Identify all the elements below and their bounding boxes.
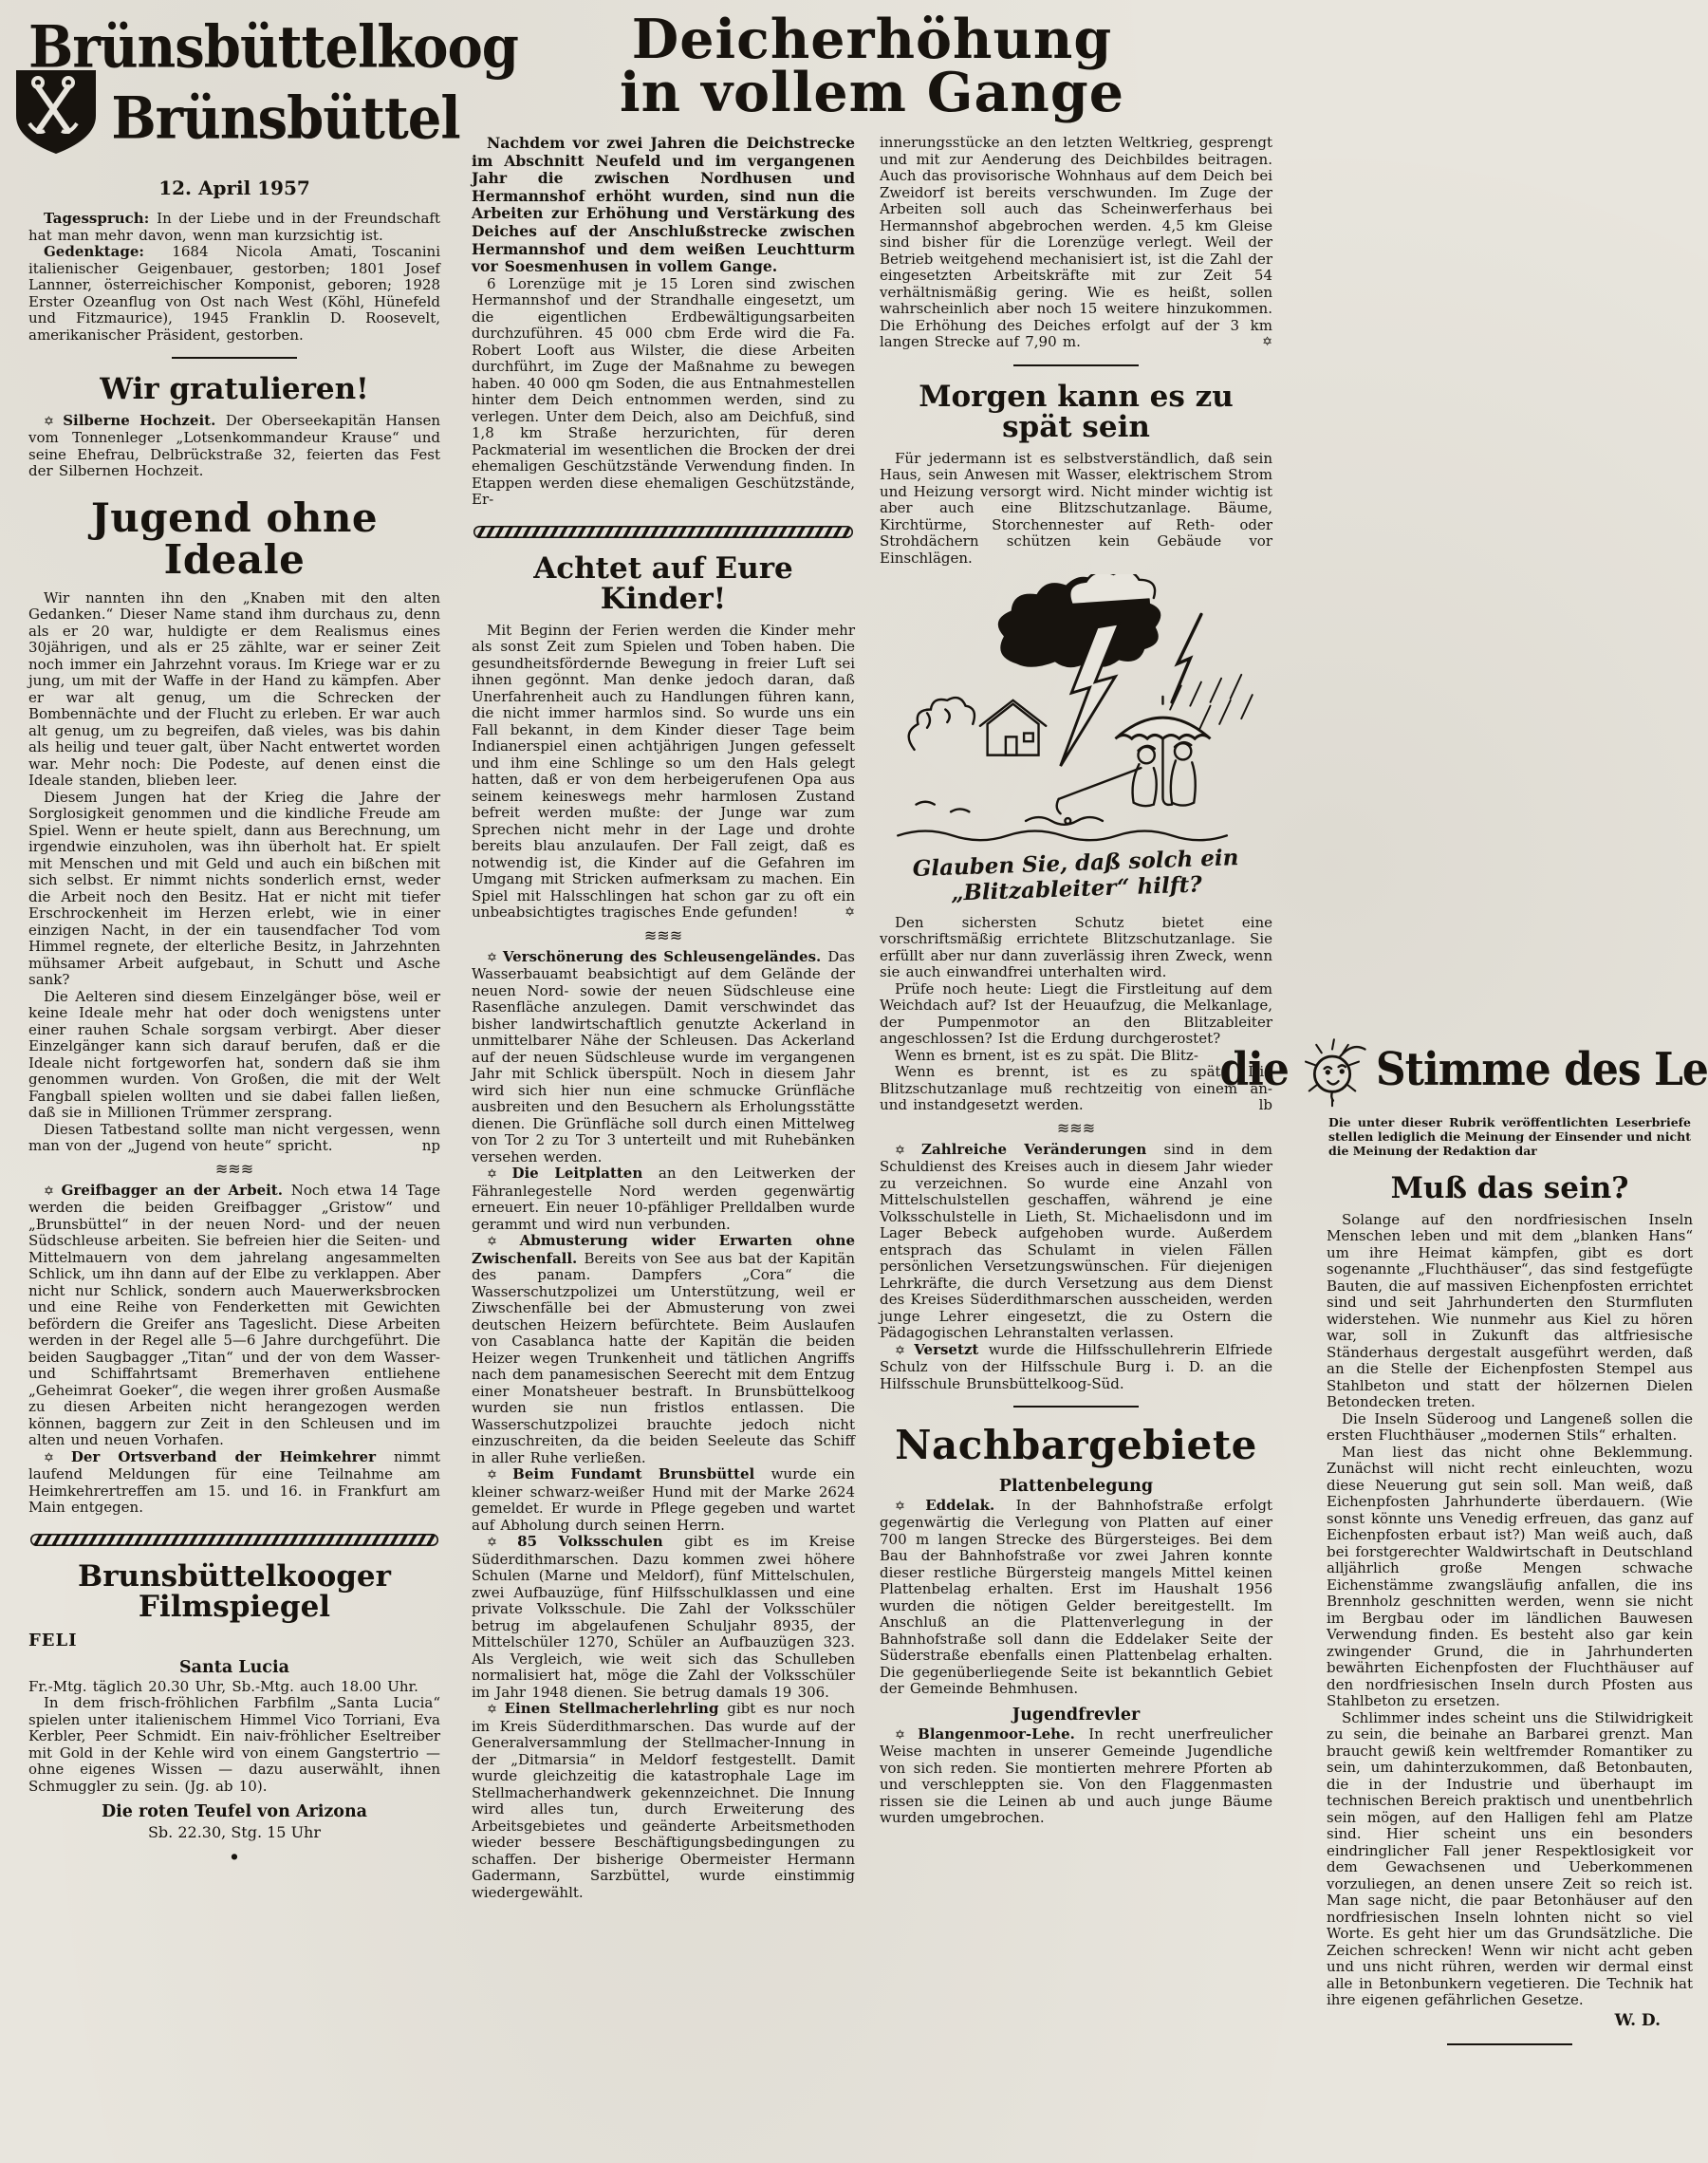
letters-title-part2: Stimme des Lesers <box>1376 1043 1708 1095</box>
paragraph: Diesem Jungen hat der Krieg die Jahre de… <box>28 790 440 989</box>
paragraph-lead: Verschönerung des Schleusengeländes. <box>503 948 827 965</box>
star-icon: ✡ <box>487 1235 520 1249</box>
star-icon: ✡ <box>895 1728 918 1743</box>
headline-line2: in vollem Gange <box>472 66 1272 120</box>
paragraph: Man liest das nicht ohne Beklemmung. Zun… <box>1327 1445 1693 1710</box>
paragraph-signature: Toscanini <box>357 244 440 261</box>
star-icon: ✡ <box>487 1703 505 1717</box>
star-icon: ✡ <box>487 1167 511 1182</box>
paragraph: Wir nannten ihn den „Knaben mit den alte… <box>28 590 440 790</box>
paragraph-lead: Greifbagger an der Arbeit. <box>62 1182 291 1199</box>
letters-disclaimer: Die unter dieser Rubrik veröffentlichten… <box>1328 1115 1691 1158</box>
star-icon: ✡ <box>44 1451 71 1465</box>
paragraph: ✡ Zahlreiche Veränderungen sind in dem S… <box>880 1142 1272 1342</box>
star-icon: ✡ <box>895 1144 921 1158</box>
star-icon: ✡ <box>895 1344 914 1358</box>
paragraph: ✡ Greifbagger an der Arbeit. Noch etwa 1… <box>28 1183 440 1449</box>
article-heading: Muß das sein? <box>1327 1173 1693 1204</box>
paragraph-signature: ✡ <box>1262 334 1272 351</box>
centered-line: • <box>28 1849 440 1868</box>
paragraph: ✡ Abmusterung wider Erwarten ohne Zwisch… <box>472 1233 855 1466</box>
paragraph: In dem frisch-fröhlichen Farbfilm „Santa… <box>28 1695 440 1795</box>
cinema-name: FELI <box>28 1631 440 1650</box>
letters-title-part1: die <box>1219 1043 1288 1095</box>
article-heading: Morgen kann es zu spät sein <box>880 382 1272 443</box>
centered-line: Santa Lucia <box>28 1658 440 1677</box>
rule-divider <box>1447 2043 1572 2045</box>
paragraph: ✡ Einen Stellmacherlehrling gibt es nur … <box>472 1701 855 1901</box>
masthead-title-row: Brünsbüttel <box>28 80 440 158</box>
main-headline: Deicherhöhung in vollem Gange <box>472 13 1272 120</box>
paragraph: ✡ Verschönerung des Schleusengeländes. D… <box>472 949 855 1166</box>
star-icon: ✡ <box>487 1468 512 1482</box>
paragraph-lead: 85 Volksschulen <box>517 1533 684 1550</box>
column-3: innerungsstücke an den letzten Weltkrieg… <box>880 135 1272 1827</box>
paragraph-lead: Silberne Hochzeit. <box>63 412 226 429</box>
article-heading: Wir gratulieren! <box>28 374 440 405</box>
rule-divider <box>1013 364 1139 366</box>
star-icon: ✡ <box>44 415 63 429</box>
paragraph: Mit Beginn der Ferien werden die Kinder … <box>472 623 855 922</box>
lion-icon <box>1292 1030 1372 1109</box>
centered-line: Sb. 22.30, Stg. 15 Uhr <box>28 1823 440 1841</box>
paragraph-lead: Der Ortsverband der Heimkehrer <box>71 1448 394 1465</box>
paragraph-lead: Blangenmoor-Lehe. <box>918 1725 1088 1743</box>
paragraph: Wenn es brnent, ist es zu spät. Die Blit… <box>880 1048 1272 1065</box>
rope-divider <box>30 1534 438 1546</box>
masthead: Brünsbüttelkoog Brünsbüttel 12. April 19… <box>28 21 440 199</box>
star-icon: ✡ <box>44 1184 62 1199</box>
paragraph: Wenn es brennt, ist es zu spät. Die Blit… <box>880 1064 1272 1114</box>
column-1-blocks: Tagesspruch: In der Liebe und in der Fre… <box>28 211 440 1868</box>
paragraph: ✡ Beim Fundamt Brunsbüttel wurde ein kle… <box>472 1466 855 1534</box>
headline-line1: Deicherhöhung <box>472 13 1272 66</box>
paragraph-lead: Gedenktage: <box>44 243 172 260</box>
paragraph: ✡ Silberne Hochzeit. Der Oberseekapitän … <box>28 413 440 480</box>
paragraph-lead: Versetzt <box>914 1341 989 1358</box>
lightning-cartoon-illustration: Glauben Sie, daß solch ein „Blitzableite… <box>880 574 1272 902</box>
letters-section-header: die <box>1327 1030 1693 1158</box>
paragraph: ✡ Die Leitplatten an den Leitwerken der … <box>472 1165 855 1233</box>
paragraph: Die Inseln Süderoog und Langeneß sollen … <box>1327 1411 1693 1445</box>
paragraph: Für jedermann ist es selbstverständlich,… <box>880 451 1272 568</box>
article-heading: Jugend ohne Ideale <box>28 497 440 581</box>
storm-scene-drawing <box>880 574 1272 848</box>
paragraph: Fr.-Mtg. täglich 20.30 Uhr, Sb.-Mtg. auc… <box>28 1679 440 1696</box>
star-icon: ✡ <box>487 951 503 965</box>
rule-divider <box>1013 1406 1139 1408</box>
paragraph: Solange auf den nordfriesischen Inseln M… <box>1327 1212 1693 1411</box>
paragraph-lead: Tagesspruch: <box>44 210 157 227</box>
paragraph: Den sichersten Schutz bietet eine vorsch… <box>880 915 1272 981</box>
article-heading: Brunsbüttelkooger Filmspiegel <box>28 1561 440 1623</box>
paragraph: ✡ Der Ortsverband der Heimkehrer nimmt l… <box>28 1449 440 1517</box>
paragraph-lead: Die Leitplatten <box>511 1165 658 1182</box>
column-4-blocks: Muß das sein?Solange auf den nordfriesis… <box>1327 1173 1693 2045</box>
paragraph: ✡ Blangenmoor-Lehe. In recht unerfreulic… <box>880 1726 1272 1827</box>
paragraph: ✡ 85 Volksschulen gibt es im Kreise Süde… <box>472 1534 855 1701</box>
paragraph: Diesen Tatbestand sollte man nicht verge… <box>28 1122 440 1155</box>
masthead-title-line2: Brünsbüttel <box>111 84 459 152</box>
paragraph: Prüfe noch heute: Liegt die Firstleitung… <box>880 981 1272 1048</box>
paragraph-signature: np <box>407 1138 440 1155</box>
paragraph-signature: ✡ <box>829 904 855 922</box>
column-1: Brünsbüttelkoog Brünsbüttel 12. April 19… <box>28 0 440 1870</box>
column-2: Nachdem vor zwei Jahren die Deichstrecke… <box>472 135 855 1901</box>
wave-divider: ≋≋≋ <box>880 1121 1272 1135</box>
paragraph: Tagesspruch: In der Liebe und in der Fre… <box>28 211 440 244</box>
wave-divider: ≋≋≋ <box>28 1162 440 1176</box>
paragraph-lead: Abmusterung wider Erwarten ohne Zwischen… <box>472 1232 855 1267</box>
rule-divider <box>172 357 297 359</box>
issue-date: 12. April 1957 <box>28 177 440 199</box>
article-heading: Nachbargebiete <box>880 1425 1272 1466</box>
centered-line: Die roten Teufel von Arizona <box>28 1802 440 1821</box>
paragraph: Die Aelteren sind diesem Einzelgänger bö… <box>28 989 440 1122</box>
centered-line: Plattenbelegung <box>880 1477 1272 1496</box>
paragraph: 6 Lorenzüge mit je 15 Loren sind zwische… <box>472 276 855 509</box>
masthead-title-line1: Brünsbüttelkoog <box>28 19 440 76</box>
article-heading: Achtet auf Eure Kinder! <box>472 553 855 615</box>
paragraph: innerungsstücke an den letzten Weltkrieg… <box>880 135 1272 351</box>
wave-divider: ≋≋≋ <box>472 928 855 942</box>
paragraph-signature: lb <box>1244 1097 1272 1114</box>
rope-divider <box>473 526 853 538</box>
author-signature: W. D. <box>1327 2011 1693 2030</box>
star-icon: ✡ <box>487 1536 517 1550</box>
paragraph-lead: Zahlreiche Veränderungen <box>921 1141 1163 1158</box>
centered-line: Jugendfrevler <box>880 1706 1272 1725</box>
paragraph-lead: Einen Stellmacherlehrling <box>505 1700 728 1717</box>
column-4: die <box>1327 1030 1693 2057</box>
newspaper-page: Deicherhöhung in vollem Gange Brünsbütte… <box>0 0 1708 2163</box>
paragraph-lead: Eddelak. <box>925 1497 1015 1514</box>
paragraph: Schlimmer indes scheint uns die Stilwidr… <box>1327 1710 1693 2009</box>
paragraph: Nachdem vor zwei Jahren die Deichstrecke… <box>472 135 855 276</box>
star-icon: ✡ <box>895 1500 925 1514</box>
paragraph: ✡ Versetzt wurde die Hilfsschullehrerin … <box>880 1342 1272 1393</box>
paragraph: ✡ Eddelak. In der Bahnhofstraße erfolgt … <box>880 1498 1272 1698</box>
paragraph-lead: Beim Fundamt Brunsbüttel <box>512 1465 770 1482</box>
